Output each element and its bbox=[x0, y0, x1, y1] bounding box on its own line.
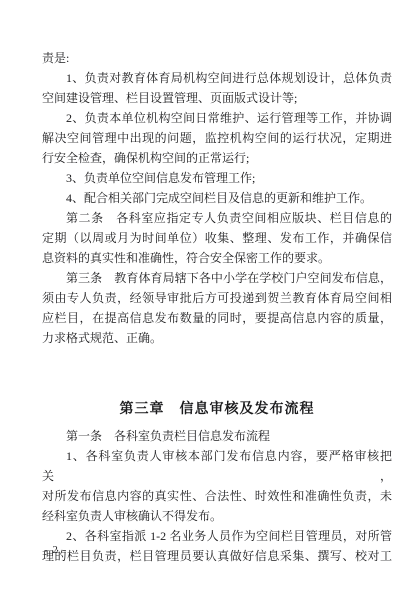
text-line: 经科室负责人审核确认不得发布。 bbox=[42, 506, 392, 526]
body-paragraphs: 责是:1、负责对教育体育局机构空间进行总体规划设计，总体负责空间建设管理、栏目设… bbox=[42, 48, 392, 348]
text-line: 第二条 各科室应指定专人负责空间相应版块、栏目信息的 bbox=[42, 208, 392, 228]
text-line: 对所发布信息内容的真实性、合法性、时效性和准确性负责，未 bbox=[42, 486, 392, 506]
text-line: 第三条 教育体育局辖下各中小学在学校门户空间发布信息， bbox=[42, 268, 392, 288]
text-line: 应栏目，在提高信息发布数量的同时，要提高信息内容的质量， bbox=[42, 308, 392, 328]
text-line: 解决空间管理中出现的问题，监控机构空间的运行状况，定期进 bbox=[42, 128, 392, 148]
text-line: 力求格式规范、正确。 bbox=[42, 328, 392, 348]
text-line: 息资料的真实性和准确性，符合安全保密工作的要求。 bbox=[42, 248, 392, 268]
text-line: 2、各科室指派 1-2 名业务人员作为空间栏目管理员，对所管 bbox=[42, 526, 392, 546]
text-line: 1、各科室负责人审核本部门发布信息内容，要严格审核把关， bbox=[42, 446, 392, 486]
text-line: 定期（以周或月为时间单位）收集、整理、发布工作，并确保信 bbox=[42, 228, 392, 248]
text-line: 理的栏目负责，栏目管理员要认真做好信息采集、撰写、校对工 bbox=[42, 546, 392, 566]
text-line: 4、配合相关部门完成空间栏目及信息的更新和维护工作。 bbox=[42, 188, 392, 208]
text-line: 须由专人负责，经领导审批后方可投递到贺兰教育体育局空间相 bbox=[42, 288, 392, 308]
text-line: 3、负责单位空间信息发布管理工作; bbox=[42, 168, 392, 188]
text-line: 行安全检查，确保机构空间的正常运行; bbox=[42, 148, 392, 168]
section-paragraphs: 第一条 各科室负责栏目信息发布流程1、各科室负责人审核本部门发布信息内容，要严格… bbox=[42, 426, 392, 566]
chapter-heading: 第三章 信息审核及发布流程 bbox=[42, 396, 392, 420]
text-line: 责是: bbox=[42, 48, 392, 68]
page-number: - 2 - bbox=[44, 544, 67, 556]
text-line: 第一条 各科室负责栏目信息发布流程 bbox=[42, 426, 392, 446]
document-page: 责是:1、负责对教育体育局机构空间进行总体规划设计，总体负责空间建设管理、栏目设… bbox=[0, 0, 420, 600]
document-body: 责是:1、负责对教育体育局机构空间进行总体规划设计，总体负责空间建设管理、栏目设… bbox=[42, 48, 392, 566]
text-line: 2、负责本单位机构空间日常维护、运行管理等工作，并协调 bbox=[42, 108, 392, 128]
text-line: 空间建设管理、栏目设置管理、页面版式设计等; bbox=[42, 88, 392, 108]
text-line: 1、负责对教育体育局机构空间进行总体规划设计，总体负责 bbox=[42, 68, 392, 88]
